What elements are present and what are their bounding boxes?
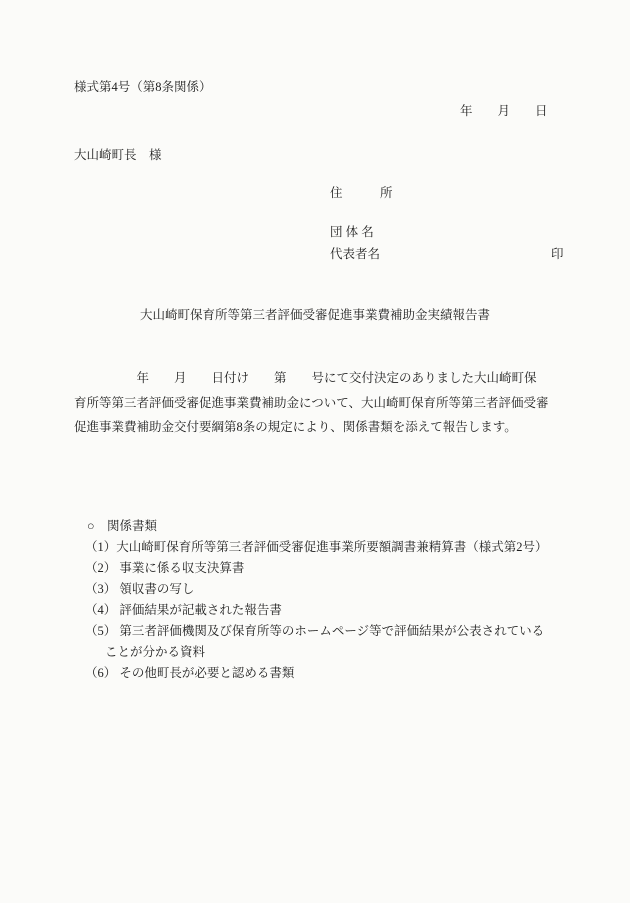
seal-mark: 印 (551, 247, 564, 262)
body-paragraph-line: 促進事業費補助金交付要綱第8条の規定により、関係書類を添えて報告します。 (74, 415, 574, 440)
document-page: 様式第4号（第8条関係） 年 月 日 大山崎町長 様 住 所 団 体 名 代表者… (0, 0, 630, 903)
attachment-item: （6） その他町長が必要と認める書類 (85, 663, 585, 684)
attachment-item: （1）大山崎町保育所等第三者評価受審促進事業所要額調書兼精算書（様式第2号） (85, 537, 585, 558)
attachment-item: （3） 領収書の写し (85, 579, 585, 600)
attachment-item: （2） 事業に係る収支決算書 (85, 558, 585, 579)
representative-label: 代表者名 (330, 247, 380, 262)
body-paragraph-line: 年 月 日付け 第 号にて交付決定のありました大山崎町保 (74, 366, 574, 391)
form-number: 様式第4号（第8条関係） (74, 80, 212, 95)
attachments-list: ○ 関係書類 （1）大山崎町保育所等第三者評価受審促進事業所要額調書兼精算書（様… (85, 516, 585, 684)
attachment-item: （4） 評価結果が記載された報告書 (85, 600, 585, 621)
attachment-item: （5） 第三者評価機関及び保育所等のホームページ等で評価結果が公表されている (85, 621, 585, 642)
date-line: 年 月 日 (460, 104, 548, 119)
document-title: 大山崎町保育所等第三者評価受審促進事業費補助金実績報告書 (0, 308, 630, 323)
attachments-heading: ○ 関係書類 (85, 516, 585, 537)
address-label: 住 所 (330, 186, 393, 201)
body-paragraph: 年 月 日付け 第 号にて交付決定のありました大山崎町保 育所等第三者評価受審促… (74, 366, 574, 440)
body-paragraph-line: 育所等第三者評価受審促進事業費補助金について、大山崎町保育所等第三者評価受審 (74, 391, 574, 416)
attachment-item-continuation: ことが分かる資料 (85, 642, 585, 663)
addressee: 大山崎町長 様 (74, 148, 162, 163)
organization-label: 団 体 名 (330, 225, 374, 240)
